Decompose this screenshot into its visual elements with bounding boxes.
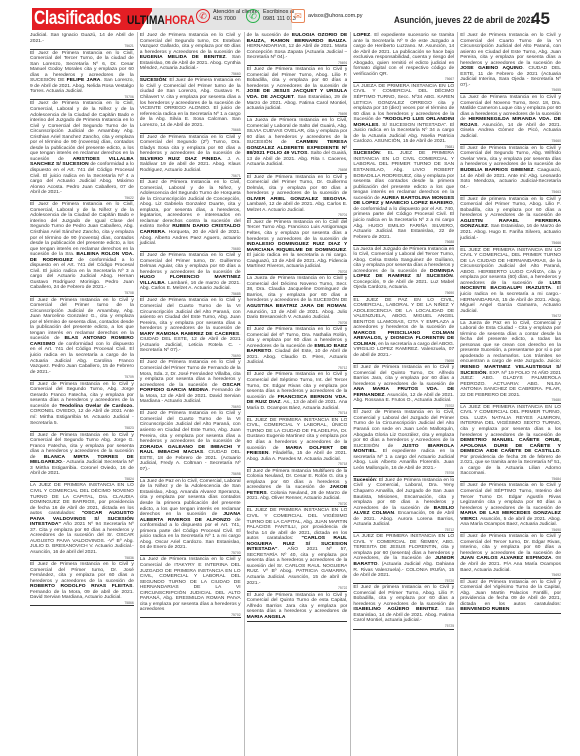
notice-text: . AÑO 2021 Nº 57, SECRETARÍA Nº 40, cita… bbox=[247, 547, 348, 585]
decedent-name: BENVENIDO RUBEN bbox=[460, 607, 509, 612]
mail-icon: ✉ bbox=[291, 9, 305, 23]
notice-text: El Juez de Primera Instancia en lo Civil… bbox=[140, 33, 241, 55]
decedent-name: MARIA ANGELA bbox=[247, 615, 286, 620]
decedent-name: ROBERTO RODOLFO RIVAS FLEITAS bbox=[30, 584, 132, 589]
decedent-name: SUCESIÓN bbox=[353, 151, 379, 156]
notice-text: EL JUEZ DE PRIMERA INSTANCIA EN LO CIVIL… bbox=[460, 248, 561, 286]
notice-code: 75663 bbox=[460, 190, 561, 194]
notice-code: 75693 bbox=[140, 405, 241, 409]
legal-notice: El Juez de Primera Instancia en lo Civil… bbox=[30, 561, 134, 606]
notice-text: El Juez de Primera Instancia en lo Civil… bbox=[460, 146, 561, 168]
decedent-name: INDALESIO DOMINGUEZ RUIZ DIAZ Y MARCIANA… bbox=[247, 242, 348, 253]
notice-code: 75681 bbox=[353, 145, 454, 149]
notice-code: 75695 bbox=[247, 112, 348, 116]
decedent-name: JOSE GABINO AQUINO bbox=[460, 66, 522, 71]
notice-text: El Juez de Primera Instancia en lo Civil… bbox=[30, 562, 134, 584]
notice-text: . El expediente sucesorio se tramita ant… bbox=[353, 33, 454, 77]
legal-notice: El Juez de Primera Instancia en lo Civil… bbox=[353, 364, 454, 409]
notice-text: El Juez de Primera Instancia en lo Civil… bbox=[140, 253, 241, 275]
notice-text: El Juez de Primera Instancia en lo Civil… bbox=[460, 580, 561, 607]
legal-notice: El Juez de Primera Instancia en lo Civil… bbox=[247, 326, 348, 371]
notice-text: La Jueza de Paz en lo Civil, Comercial y… bbox=[460, 321, 561, 365]
decedent-name: JUAN CARLOS ALVAREZ ESPINOZA bbox=[460, 556, 551, 561]
legal-notice: La Jueza de Paz en lo Civil, Comercial y… bbox=[460, 320, 561, 404]
legal-notice: El Juez de Primera Instancia en lo Civil… bbox=[30, 201, 134, 296]
notice-text: , de conformidad a lo dispuesto por el A… bbox=[353, 201, 454, 239]
notice-code: 75701 bbox=[247, 213, 348, 217]
notice-text: El Juez de Primera Instancia en lo Civil… bbox=[30, 202, 134, 257]
notice-text: El Juez de Primera Instancia en lo Civil… bbox=[247, 175, 348, 197]
notice-text: La Jueza de Primera Instancia en lo Civi… bbox=[247, 276, 348, 303]
legal-notice: La Juez de Primera Instancia en lo Civil… bbox=[140, 556, 241, 618]
notice-code: 75667 bbox=[353, 77, 454, 81]
notice-text: de conformidad con lo dispuesto en el Ar… bbox=[30, 342, 134, 375]
legal-notice: EL JUEZ DE PRIMERA INSTANCIA EN LO CIVIL… bbox=[247, 507, 348, 591]
notice-text: El Juez de Primera Instancia en lo Civil… bbox=[247, 67, 348, 89]
legal-notice: El Juez de Primera Instancia en lo Civil… bbox=[140, 32, 241, 77]
notice-code: 75712 bbox=[353, 528, 454, 532]
notice-text: El Juez de primera Instancia en lo Civil… bbox=[460, 197, 561, 219]
notice-code: 75712 bbox=[247, 366, 348, 370]
notice-text: El Juez de Primera Instancia en lo Civil… bbox=[140, 411, 241, 444]
legal-notice: El Juez de Primera Instancia en lo Civil… bbox=[247, 66, 348, 117]
legal-notice: El Juez de primera Instancia en lo Civil… bbox=[460, 196, 561, 247]
notice-code: 75622 bbox=[30, 196, 134, 200]
legal-notice: La Jueza del Juzgado de Primera Instanci… bbox=[353, 246, 454, 297]
notice-text: El Juez de Primera Instancia en lo Civil… bbox=[140, 135, 241, 157]
legal-notice: El Juez de Primera Instancia en lo Civil… bbox=[30, 381, 134, 432]
notice-text: El Juez de Primera Instancia en lo Civil… bbox=[247, 593, 348, 615]
page-header: Clasificados ULTIMAHORA ✆ Atención al cl… bbox=[0, 0, 580, 30]
notice-code: 75690 bbox=[353, 291, 454, 295]
notice-text: El Juez de Primera Instancia en lo Civil… bbox=[460, 534, 561, 556]
notice-code: 75718 bbox=[247, 462, 348, 466]
notice-text: : El Juez de Primera Instancia en lo Civ… bbox=[140, 78, 241, 127]
notice-code: 75700 bbox=[140, 551, 241, 555]
legal-notice: El Juez de Primera Instancia en lo Civil… bbox=[140, 297, 241, 359]
notice-code: 75698 bbox=[247, 168, 348, 172]
column-1: Judicial. San Ignacio Guazú, 14 de Abril… bbox=[30, 32, 134, 756]
phone-icon: ✆ bbox=[196, 9, 210, 23]
legal-notice: El Juez de Primera Instancia en lo Civil… bbox=[30, 50, 134, 101]
decedent-name: EUGENIA MELIDA DE BENITEZ bbox=[140, 55, 226, 60]
notice-code: 75725 bbox=[353, 624, 454, 628]
notice-text: Judicial. San Ignacio Guazú, 14 de Abril… bbox=[30, 33, 134, 44]
legal-notice: EL JUEZ DE PRIMERA INSTANCIA EN LO CIVIL… bbox=[460, 247, 561, 320]
notice-text: El Juez de Primera Instancia en lo Civil… bbox=[140, 298, 241, 331]
notice-code: 75685 bbox=[140, 292, 241, 296]
notice-code: 75655 bbox=[460, 88, 561, 92]
notice-text: LA JUEZ DE PRIMERA INSTANCIA EN LO CIVIL… bbox=[460, 405, 561, 438]
decedent-name: SUCESIÓN bbox=[140, 78, 166, 83]
legal-notice: LA JUEZA DE PRIMERA INSTANCIA EN LO CIVI… bbox=[353, 83, 454, 151]
legal-notice: El Juez de Primera Instancia en lo Civil… bbox=[460, 533, 561, 578]
legal-notice: El Juez de Primera Instancia en lo Civil… bbox=[140, 252, 241, 297]
dateline: Asunción, jueves 22 de abril de 2021 bbox=[394, 15, 535, 25]
decedent-name: OLIVER ARIEL GONZALEZ SEGOVIA bbox=[247, 197, 346, 202]
section-title: Clasificados bbox=[34, 8, 121, 30]
legal-notice: El Juez de Primera Instancia en lo Civil… bbox=[30, 297, 134, 381]
notice-code: 75714 bbox=[247, 411, 348, 415]
contact-email: ✉ avisos@uhora.com.py bbox=[291, 9, 363, 23]
column-4: LOPEZ. El expediente sucesorio se tramit… bbox=[350, 32, 454, 756]
legal-notice: Judicial. San Ignacio Guazú, 14 de Abril… bbox=[30, 32, 134, 50]
notice-code: 75722 bbox=[247, 586, 348, 590]
legal-notice: LA JUEZ DE PRIMERA INSTANCIA EN LO CIVIL… bbox=[30, 482, 134, 561]
notice-text: de la sucesión de bbox=[247, 33, 292, 38]
legal-notice: El Juez de Primera Instancia en lo Civil… bbox=[460, 579, 561, 615]
legal-notice: El Juez de Primera Instancia en lo Civil… bbox=[247, 592, 348, 622]
legal-notice: El Juez de Primera Instancia en lo Civil… bbox=[247, 174, 348, 219]
legal-notice: El Juez de Primera Instancia en lo Civil… bbox=[353, 409, 454, 477]
decedent-name: BUDELIA BARRIOS GIMENEZ bbox=[460, 168, 533, 173]
notice-text: El Juez de primera Instancia en lo Civil… bbox=[353, 585, 454, 607]
notice-code: 75836 bbox=[30, 556, 134, 560]
legal-notice: Sucesión: El Juez de Primera Instancia e… bbox=[353, 477, 454, 533]
notice-code: 75824 bbox=[30, 477, 134, 481]
legal-notice: El Juez de Primera Instancia en lo Civil… bbox=[460, 145, 561, 196]
contact-whatsapp: ✆ Escribinos al0981 111 013 bbox=[246, 9, 296, 23]
notice-code: 75692 bbox=[460, 573, 561, 577]
legal-notice: El Juez de Primera Instancia en lo Civil… bbox=[247, 371, 348, 416]
notice-text: La Juez de Primera Instancia en lo Civil… bbox=[140, 557, 241, 612]
legal-notice: SUCESIÓN: EL JUEZ DE PRIMERA INSTANCIA E… bbox=[353, 150, 454, 245]
notice-code: 75665 bbox=[140, 128, 241, 132]
decedent-name: AGUSTINA BEATRIZ JARA DE ROMAN bbox=[247, 304, 346, 309]
notice-code: 75684 bbox=[460, 477, 561, 481]
notice-code: 75660 bbox=[460, 139, 561, 143]
notice-code: 75666 bbox=[460, 241, 561, 245]
classifieds-columns: Judicial. San Ignacio Guazú, 14 de Abril… bbox=[30, 32, 561, 756]
legal-notice: El Juez de Primera Instancia en lo Civil… bbox=[247, 219, 348, 275]
legal-notice: EL JUEZ DE PRIMERA INSTANCIA EN LO CIVIL… bbox=[247, 417, 348, 468]
decedent-name: ISABELINO AGÜERO BENITEZ bbox=[353, 607, 437, 612]
notice-text: de conformidad a lo dispuesto en el Art.… bbox=[30, 258, 134, 291]
legal-notice: La Juez de Primera Instancia en lo Civil… bbox=[460, 94, 561, 145]
notice-code: 75698 bbox=[353, 359, 454, 363]
decedent-name: FELIPE JARA bbox=[67, 78, 101, 83]
legal-notice: El Juez de primera Instancia en lo Civil… bbox=[353, 584, 454, 629]
notice-code: 75823 bbox=[30, 426, 134, 430]
notice-text: El Juez de Primera Instancia en lo Civil… bbox=[30, 298, 134, 342]
notice-text: El Juez de Primera Instancia en lo Civil… bbox=[460, 483, 561, 510]
legal-notice: de la sucesión de EULOGIA OZORIO DE BAUZ… bbox=[247, 32, 348, 66]
legal-notice: El Juez de Primera Instancia Multifuero … bbox=[247, 468, 348, 508]
legal-notice: LOPEZ. El expediente sucesorio se tramit… bbox=[353, 32, 454, 83]
notice-text: El Juez de Primera Instancia en lo Civil… bbox=[30, 101, 134, 161]
legal-notice: La Jueza de Primera Instancia en lo Civi… bbox=[247, 117, 348, 173]
decedent-name: DEMETRIO MANUEL CAÑETE ORUE, APOLONIA DU… bbox=[460, 438, 561, 454]
notice-code: 75720 bbox=[247, 502, 348, 506]
legal-notice: LA JUEZ DE PRIMERA INSTANCIA EN LO CIVIL… bbox=[460, 404, 561, 483]
notice-code: 75690 bbox=[460, 528, 561, 532]
legal-notice: La Juez de Paz en lo Civil, Comercial, L… bbox=[140, 478, 241, 557]
notice-code: 75660 bbox=[140, 72, 241, 76]
column-3: de la sucesión de EULOGIA OZORIO DE BAUZ… bbox=[244, 32, 348, 756]
legal-notice: EL JUEZ DE PAZ EN LO CIVIL, COMERCIAL, L… bbox=[353, 297, 454, 365]
notice-text: EL JUEZ DE PAZ EN LO CIVIL, COMERCIAL, L… bbox=[353, 298, 454, 331]
notice-code: 75708 bbox=[30, 291, 134, 295]
notice-text: El Juez de Primera Instancia en lo Civil… bbox=[140, 180, 241, 229]
notice-text: El Juez de Primera Instancia en lo Civil… bbox=[247, 220, 348, 242]
whatsapp-icon: ✆ bbox=[246, 9, 260, 23]
newspaper-logo: ULTIMAHORA bbox=[127, 13, 195, 27]
notice-code: 75720 bbox=[353, 579, 454, 583]
notice-code: 75690 bbox=[140, 354, 241, 358]
legal-notice: SUCESIÓN: El Juez de Primera Instancia e… bbox=[140, 77, 241, 133]
notice-text: : EL JUEZ DE PRIMERA INSTANCIA EN LO CIV… bbox=[353, 151, 454, 200]
legal-notice: El Juez de Primera Instancia en lo Civil… bbox=[30, 100, 134, 201]
notice-code: 75688 bbox=[353, 240, 454, 244]
legal-notice: El Juez de Primera Instancia en lo Civil… bbox=[140, 134, 241, 179]
notice-code: 75703 bbox=[247, 270, 348, 274]
legal-notice: La Jueza de Primera Instancia en lo Civi… bbox=[247, 275, 348, 326]
notice-text: CORONEL OVIEDO, 12 de Abril de 2021 Ante… bbox=[30, 409, 134, 425]
legal-notice: El Juez de Primera Instancia en lo Civil… bbox=[140, 359, 241, 410]
notice-code: 75671 bbox=[140, 174, 241, 178]
notice-text: de conformidad a lo dispuesto en el Art.… bbox=[30, 162, 134, 195]
legal-notice: LA JUEZ DE PRIMERA INSTANCIA EN LO CIVIL… bbox=[353, 533, 454, 584]
notice-code: 75702 bbox=[140, 613, 241, 617]
notice-code: 75672 bbox=[460, 314, 561, 318]
legal-notice: El Juez de Primera Instancia en lo Civil… bbox=[30, 432, 134, 483]
notice-code: 75698 bbox=[140, 472, 241, 476]
notice-code: 75702 bbox=[353, 404, 454, 408]
notice-code: 75680 bbox=[140, 247, 241, 251]
notice-code: 75705 bbox=[247, 321, 348, 325]
notice-text: de conformidad a lo dispuesto por el Art… bbox=[140, 518, 241, 551]
notice-text: El Juez de Primera Instancia en lo Civil… bbox=[460, 33, 561, 66]
legal-notice: El Juez de Primera Instancia en lo Civil… bbox=[460, 32, 561, 94]
decedent-name: MARY RAMONA RAMIREZ DE CACERES bbox=[140, 332, 239, 337]
notice-code: 75708 bbox=[353, 471, 454, 475]
legal-notice: El Juez de Primera Instancia en lo Civil… bbox=[460, 482, 561, 533]
notice-code: 75691 bbox=[247, 61, 348, 65]
notice-code: 75621 bbox=[30, 44, 134, 48]
notice-text: El Juez de Primera Instancia en lo Civil… bbox=[353, 365, 454, 387]
decedent-name: LOPEZ bbox=[353, 33, 370, 38]
notice-code: 75680 bbox=[460, 398, 561, 402]
notice-code: 75866 bbox=[30, 601, 134, 605]
column-5: El Juez de Primera Instancia en lo Civil… bbox=[457, 32, 561, 756]
legal-notice: El Juez de Primera Instancia en lo Civil… bbox=[140, 179, 241, 252]
notice-text: Año 2021 Nº 94 Secretaría Nº 37. Cita y … bbox=[30, 522, 134, 555]
notice-code: 75709 bbox=[30, 375, 134, 379]
notice-code: 75706 bbox=[30, 95, 134, 99]
legal-notice: El Juez de Primera Instancia en lo Civil… bbox=[140, 410, 241, 478]
page-number: 45 bbox=[531, 9, 550, 29]
column-2: El Juez de Primera Instancia en lo Civil… bbox=[137, 32, 241, 756]
